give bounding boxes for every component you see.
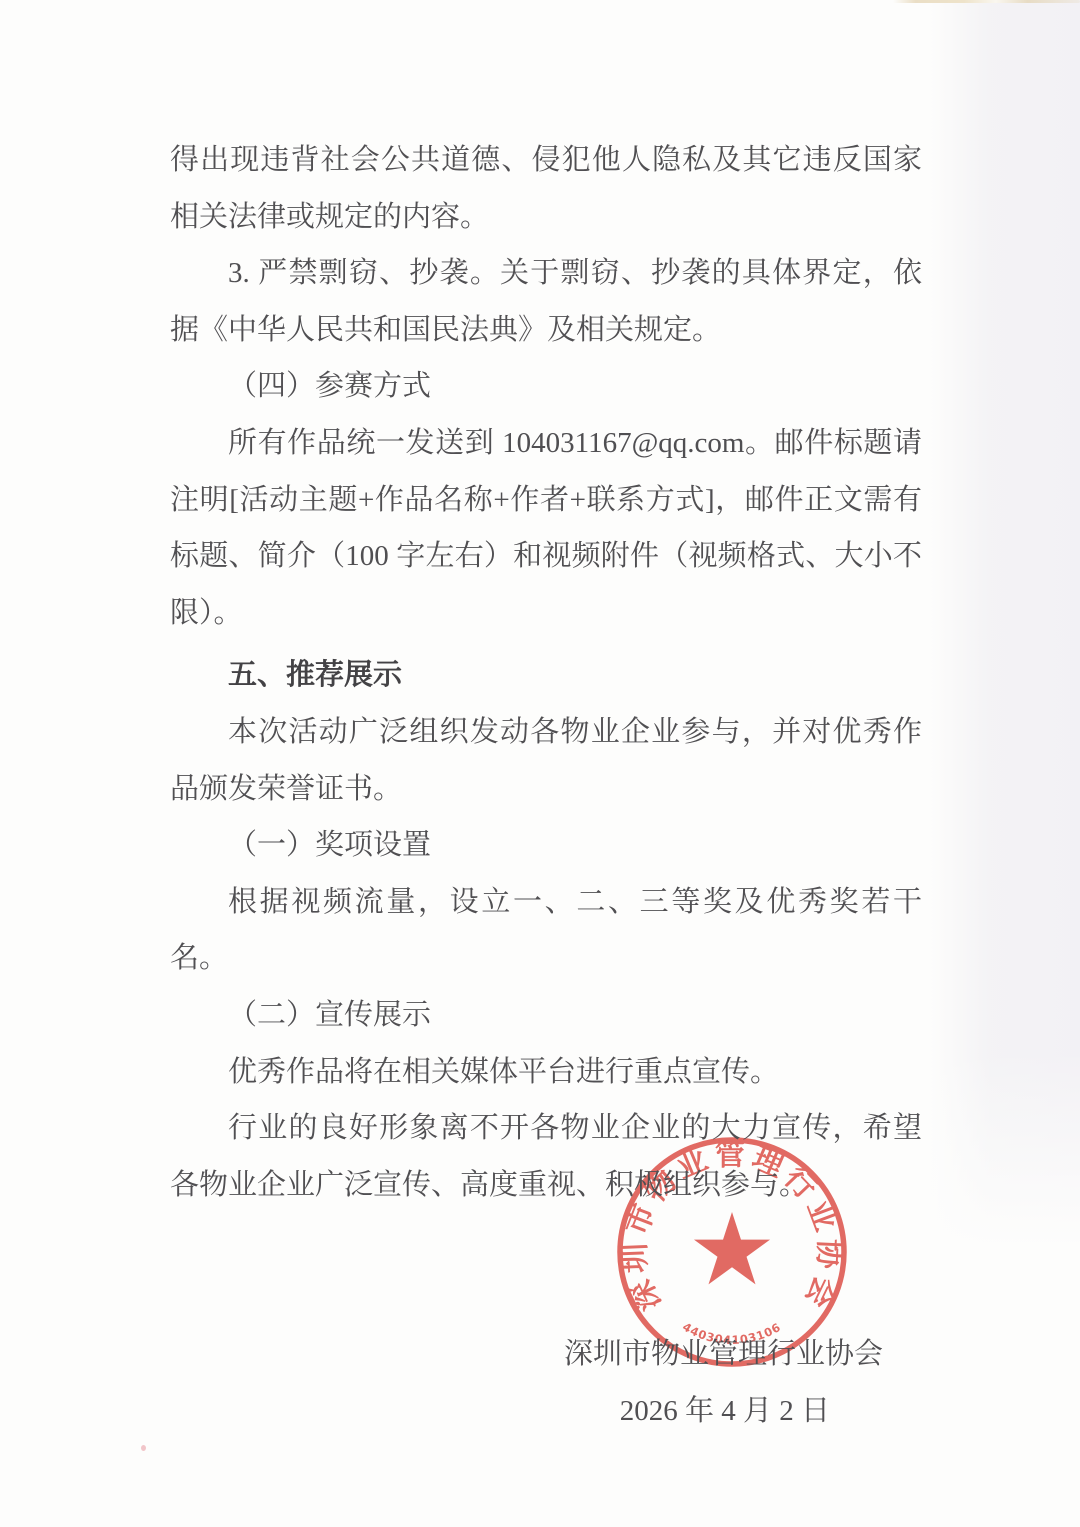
- paragraph: （四）参赛方式: [170, 358, 922, 415]
- signature-date: 2026 年 4 月 2 日: [170, 1383, 922, 1440]
- document-page: 深圳市物业管理行业协会 4403041031068 得出现违背社会公共道德、侵犯…: [0, 0, 1080, 1527]
- scan-edge-shade-fade: [930, 1050, 1080, 1270]
- signature-org: 深圳市物业管理行业协会: [170, 1326, 922, 1383]
- paragraph: 行业的良好形象离不开各物业企业的大力宣传，希望各物业企业广泛宣传、高度重视、积极…: [170, 1100, 922, 1213]
- ink-speck: [141, 1445, 146, 1451]
- paragraph: 所有作品统一发送到 104031167@qq.com。邮件标题请注明[活动主题+…: [170, 415, 922, 641]
- paper-top-edge: [893, 0, 1080, 3]
- paragraph: （二）宣传展示: [170, 987, 922, 1044]
- document-content: 得出现违背社会公共道德、侵犯他人隐私及其它违反国家相关法律或规定的内容。3. 严…: [170, 132, 922, 1439]
- paragraph: 3. 严禁剽窃、抄袭。关于剽窃、抄袭的具体界定，依据《中华人民共和国民法典》及相…: [170, 245, 922, 358]
- paragraph: 根据视频流量，设立一、二、三等奖及优秀奖若干名。: [170, 874, 922, 987]
- paragraph: 优秀作品将在相关媒体平台进行重点宣传。: [170, 1044, 922, 1101]
- scan-edge-shade: [930, 0, 1080, 1250]
- signature-spacer: [170, 1213, 922, 1326]
- paragraph: 得出现违背社会公共道德、侵犯他人隐私及其它违反国家相关法律或规定的内容。: [170, 132, 922, 245]
- paragraph: 本次活动广泛组织发动各物业企业参与，并对优秀作品颁发荣誉证书。: [170, 704, 922, 817]
- document-body: 得出现违背社会公共道德、侵犯他人隐私及其它违反国家相关法律或规定的内容。3. 严…: [170, 132, 922, 1213]
- paragraph: （一）奖项设置: [170, 817, 922, 874]
- section-heading: 五、推荐展示: [170, 647, 922, 704]
